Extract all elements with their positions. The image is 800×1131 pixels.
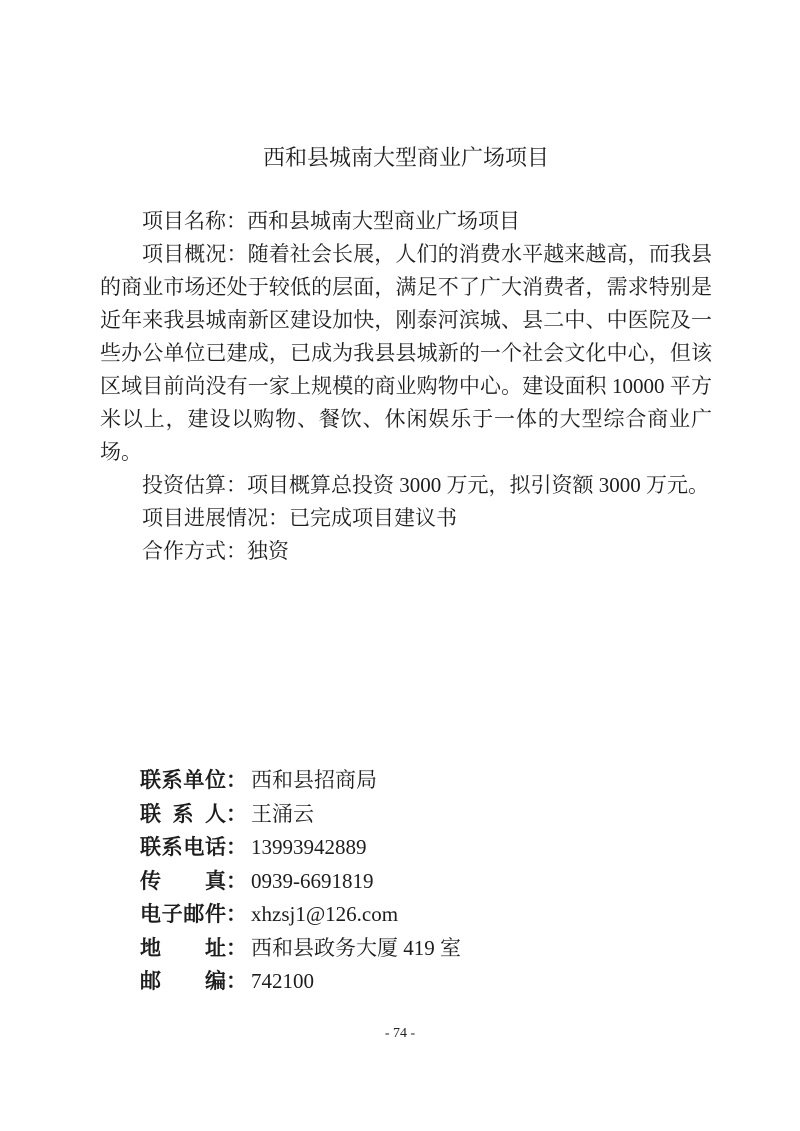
paragraph-project-overview: 项目概况：随着社会长展，人们的消费水平越来越高，而我县的商业市场还处于较低的层面…	[100, 238, 712, 469]
contact-label: 传真	[140, 865, 226, 899]
contact-row-unit: 联系单位：西和县招商局	[140, 764, 712, 798]
contact-label: 邮编	[140, 965, 226, 999]
contact-colon: ：	[226, 969, 247, 993]
contact-label: 电子邮件	[140, 898, 226, 932]
contact-colon: ：	[226, 902, 247, 926]
contact-row-postcode: 邮编：742100	[140, 965, 712, 999]
contact-row-fax: 传真：0939-6691819	[140, 865, 712, 899]
contact-label: 联系人	[140, 798, 226, 832]
contact-value: 西和县政务大厦 419 室	[251, 936, 461, 960]
document-body: 项目名称：西和县城南大型商业广场项目 项目概况：随着社会长展，人们的消费水平越来…	[100, 205, 712, 568]
contact-colon: ：	[226, 802, 247, 826]
paragraph-project-progress: 项目进展情况：已完成项目建议书	[100, 502, 712, 535]
contact-value: 13993942889	[251, 835, 367, 859]
contact-colon: ：	[226, 869, 247, 893]
document-title: 西和县城南大型商业广场项目	[100, 141, 712, 174]
paragraph-investment-estimate: 投资估算：项目概算总投资 3000 万元，拟引资额 3000 万元。	[100, 469, 712, 502]
contact-value: 742100	[251, 969, 314, 993]
contact-label: 联系单位	[140, 764, 226, 798]
contact-label: 地址	[140, 932, 226, 966]
paragraph-project-name: 项目名称：西和县城南大型商业广场项目	[100, 205, 712, 238]
contact-value: 王涌云	[251, 802, 314, 826]
contact-row-email: 电子邮件：xhzsj1@126.com	[140, 898, 712, 932]
contact-value: 0939-6691819	[251, 869, 374, 893]
document-page: 西和县城南大型商业广场项目 项目名称：西和县城南大型商业广场项目 项目概况：随着…	[0, 0, 800, 1131]
contact-row-person: 联系人：王涌云	[140, 798, 712, 832]
contact-colon: ：	[226, 768, 247, 792]
contact-block: 联系单位：西和县招商局 联系人：王涌云 联系电话：13993942889 传真：…	[140, 764, 712, 999]
contact-colon: ：	[226, 936, 247, 960]
paragraph-cooperation-mode: 合作方式：独资	[100, 535, 712, 568]
contact-value: 西和县招商局	[251, 768, 377, 792]
contact-row-phone: 联系电话：13993942889	[140, 831, 712, 865]
contact-row-address: 地址：西和县政务大厦 419 室	[140, 932, 712, 966]
contact-label: 联系电话	[140, 831, 226, 865]
page-number: - 74 -	[0, 1026, 800, 1042]
contact-colon: ：	[226, 835, 247, 859]
contact-value: xhzsj1@126.com	[251, 902, 398, 926]
